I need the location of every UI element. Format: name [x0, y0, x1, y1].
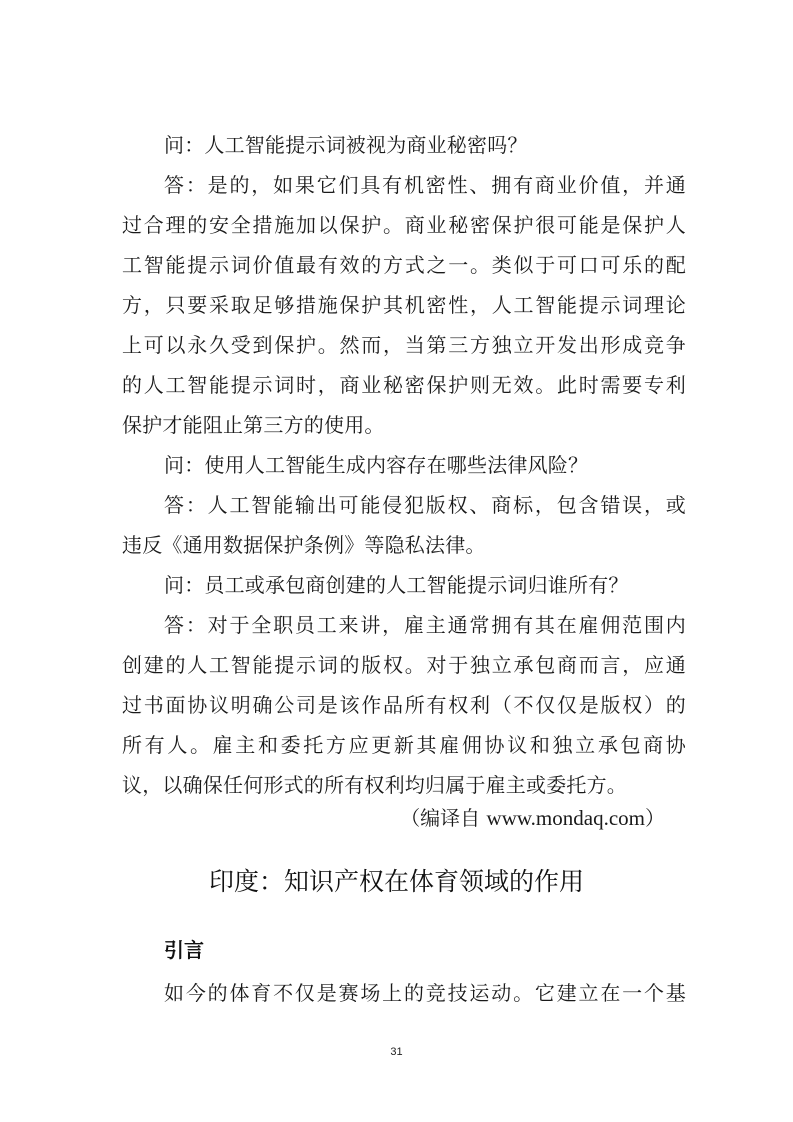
- source-prefix: （编译自: [400, 806, 486, 830]
- answer-3-line-3: 过书面协议明确公司是该作品所有权利（不仅仅是版权）的: [122, 693, 686, 717]
- answer-1-line-6: 的人工智能提示词时，商业秘密保护则无效。此时需要专利: [122, 373, 686, 397]
- answer-3-line-5: 议，以确保任何形式的所有权利均归属于雇主或委托方。: [122, 773, 686, 797]
- answer-1-line-2: 过合理的安全措施加以保护。商业秘密保护很可能是保护人: [122, 213, 686, 237]
- answer-2-line-1: 答：人工智能输出可能侵犯版权、商标，包含错误，或: [164, 493, 686, 517]
- section-body-line-1: 如今的体育不仅是赛场上的竞技运动。它建立在一个基: [164, 981, 686, 1005]
- question-3: 问：员工或承包商创建的人工智能提示词归谁所有？: [164, 573, 686, 597]
- page-number: 31: [0, 1046, 793, 1058]
- answer-1-line-1: 答：是的，如果它们具有机密性、拥有商业价值，并通: [164, 173, 686, 197]
- question-2: 问：使用人工智能生成内容存在哪些法律风险？: [164, 453, 686, 477]
- document-page: 问：人工智能提示词被视为商业秘密吗？ 答：是的，如果它们具有机密性、拥有商业价值…: [0, 0, 793, 1122]
- answer-1-line-4: 方，只要采取足够措施保护其机密性，人工智能提示词理论: [122, 293, 686, 317]
- question-1: 问：人工智能提示词被视为商业秘密吗？: [164, 133, 686, 157]
- answer-3-line-4: 所有人。雇主和委托方应更新其雇佣协议和独立承包商协: [122, 733, 686, 757]
- answer-3-line-2: 创建的人工智能提示词的版权。对于独立承包商而言，应通: [122, 653, 686, 677]
- answer-1-line-3: 工智能提示词价值最有效的方式之一。类似于可口可乐的配: [122, 253, 686, 277]
- article-title: 印度：知识产权在体育领域的作用: [0, 866, 793, 898]
- answer-1-line-7: 保护才能阻止第三方的使用。: [122, 413, 686, 437]
- answer-1-line-5: 上可以永久受到保护。然而，当第三方独立开发出形成竞争: [122, 333, 686, 357]
- section-heading: 引言: [164, 937, 204, 963]
- source-url: www.mondaq.com: [487, 806, 645, 830]
- source-suffix: ）: [645, 806, 665, 830]
- source-attribution: （编译自 www.mondaq.com）: [400, 806, 665, 830]
- answer-2-line-2: 违反《通用数据保护条例》等隐私法律。: [122, 533, 686, 557]
- answer-3-line-1: 答：对于全职员工来讲，雇主通常拥有其在雇佣范围内: [164, 613, 686, 637]
